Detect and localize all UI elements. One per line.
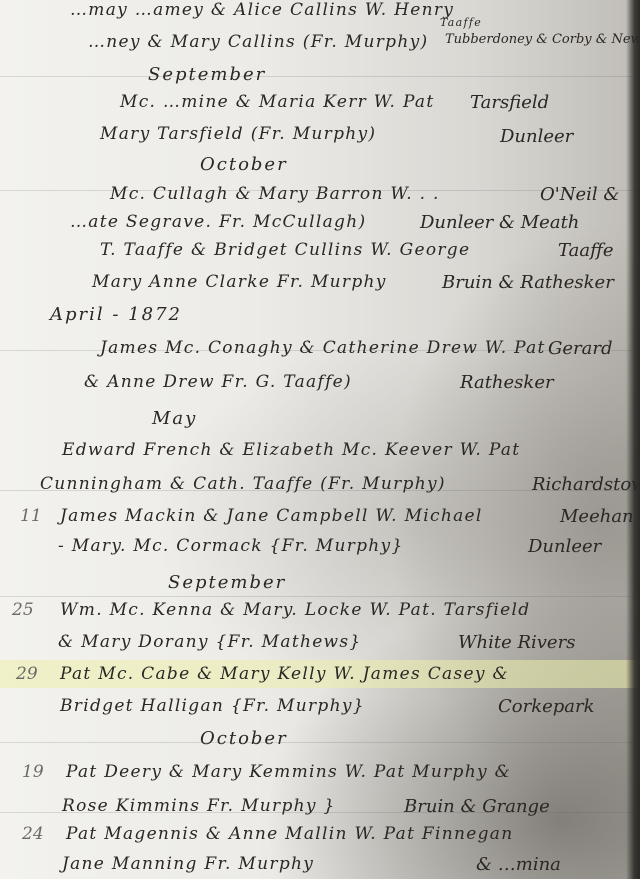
entry-place: Tarsfield	[470, 92, 549, 113]
entry-place: White Rivers	[458, 632, 575, 653]
entry-line: & Mary Dorany {Fr. Mathews}	[58, 632, 362, 652]
entry-place: Richardstown	[532, 474, 640, 495]
entry-place: Meehan	[560, 506, 634, 527]
entry-place: Corkepark	[498, 696, 595, 717]
month-heading: May	[152, 408, 197, 429]
entry-line: Bridget Halligan {Fr. Murphy}	[60, 696, 365, 716]
ruled-line	[0, 742, 640, 743]
entry-line: Rose Kimmins Fr. Murphy }	[62, 796, 336, 816]
month-heading: April - 1872	[50, 304, 182, 325]
entry-place: & …mina	[476, 854, 561, 875]
entry-line: & Anne Drew Fr. G. Taaffe)	[84, 372, 352, 392]
entry-line: Mary Anne Clarke Fr. Murphy	[92, 272, 387, 292]
entry-line: Jane Manning Fr. Murphy	[62, 854, 314, 874]
entry-line: - Mary. Mc. Cormack {Fr. Murphy}	[58, 536, 404, 556]
entry-place: O'Neil &	[540, 184, 619, 205]
entry-line: James Mackin & Jane Campbell W. Michael	[60, 506, 483, 526]
month-heading: September	[148, 64, 266, 85]
month-heading: October	[200, 728, 288, 749]
month-heading: September	[168, 572, 286, 593]
interlinear-note: Taaffe	[440, 16, 482, 29]
register-page: …may …amey & Alice Callins W. Henry Taaf…	[0, 0, 640, 879]
entry-line-highlighted: Pat Mc. Cabe & Mary Kelly W. James Casey…	[60, 664, 509, 684]
entry-place: Tubberdoney & Corby & New Jerke	[445, 32, 640, 47]
entry-day: 25	[12, 600, 34, 620]
entry-place: Dunleer & Meath	[420, 212, 579, 233]
entry-line: Edward French & Elizabeth Mc. Keever W. …	[62, 440, 520, 460]
entry-line: Pat Deery & Mary Kemmins W. Pat Murphy &	[66, 762, 511, 782]
entry-line: James Mc. Conaghy & Catherine Drew W. Pa…	[100, 338, 546, 358]
ruled-line	[0, 76, 640, 77]
entry-place: Bruin & Rathesker	[442, 272, 614, 293]
entry-line: T. Taaffe & Bridget Cullins W. George	[100, 240, 470, 260]
entry-line: Mc. Cullagh & Mary Barron W. . .	[110, 184, 440, 204]
entry-place: Bruin & Grange	[404, 796, 550, 817]
entry-line: Mc. …mine & Maria Kerr W. Pat	[120, 92, 435, 112]
entry-day: 11	[20, 506, 42, 526]
entry-place: Dunleer	[500, 126, 573, 147]
entry-place: Dunleer	[528, 536, 601, 557]
entry-day: 29	[16, 664, 38, 684]
page-edge-shadow	[626, 0, 640, 879]
entry-line: …ney & Mary Callins (Fr. Murphy)	[88, 32, 428, 52]
entry-line: Mary Tarsfield (Fr. Murphy)	[100, 124, 376, 144]
entry-line: Cunningham & Cath. Taaffe (Fr. Murphy)	[40, 474, 446, 494]
entry-day: 19	[22, 762, 44, 782]
entry-line: Wm. Mc. Kenna & Mary. Locke W. Pat. Tars…	[60, 600, 530, 620]
entry-day: 24	[22, 824, 44, 844]
entry-place: Gerard	[548, 338, 613, 359]
entry-place: Taaffe	[558, 240, 613, 261]
entry-place: Rathesker	[460, 372, 554, 393]
entry-line: Pat Magennis & Anne Mallin W. Pat Finneg…	[66, 824, 513, 844]
month-heading: October	[200, 154, 288, 175]
entry-line: …ate Segrave. Fr. McCullagh)	[70, 212, 366, 232]
ruled-line	[0, 596, 640, 597]
entry-line: …may …amey & Alice Callins W. Henry	[70, 0, 454, 20]
